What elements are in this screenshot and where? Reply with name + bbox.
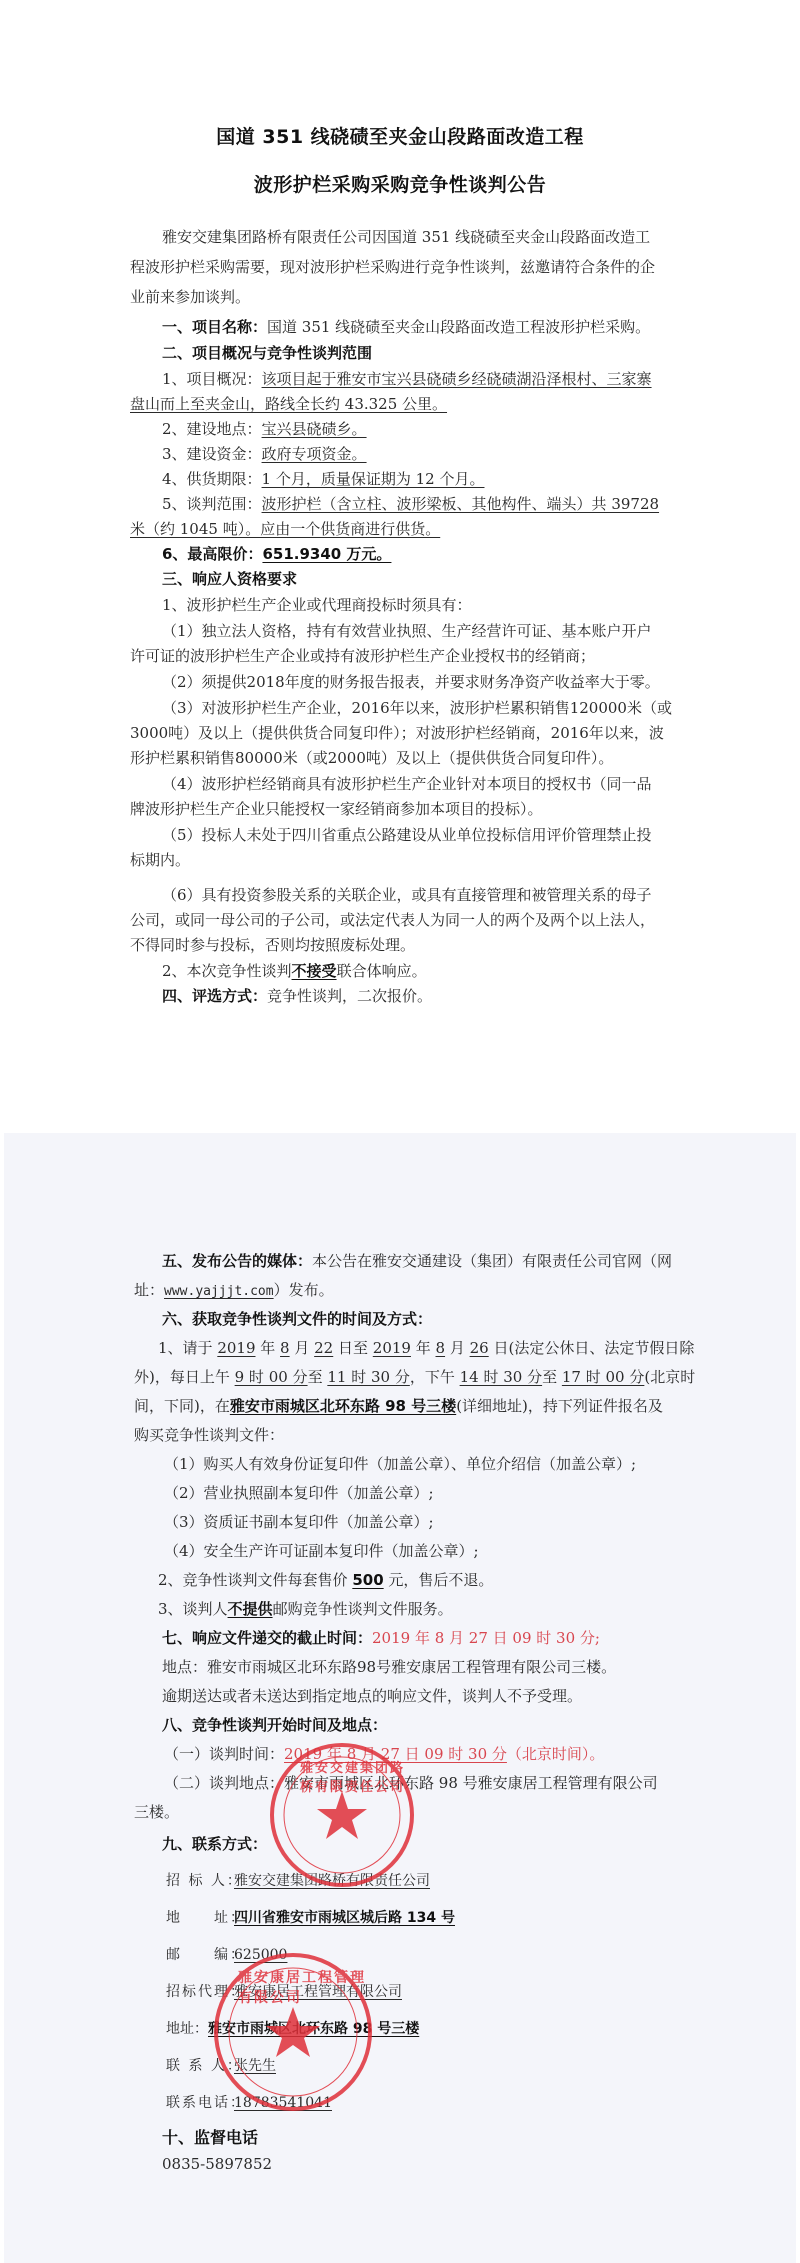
text: 至 (542, 1368, 562, 1386)
submission-location: 地点：雅安市雨城区北环东路98号雅安康居工程管理有限公司三楼。 (162, 1656, 616, 1677)
purchase-docs-intro: 购买竞争性谈判文件： (134, 1424, 284, 1445)
text: 1、请于 (158, 1339, 217, 1357)
text: 2、本次竞争性谈判 (162, 962, 292, 980)
section-1-label: 一、项目名称： (162, 318, 267, 336)
section-4: 四、评选方式：竞争性谈判，二次报价。 (130, 985, 432, 1006)
text: 日(法定公休日、法定节假日除 (489, 1339, 695, 1357)
section-1-text: 国道 351 线硗碛至夹金山段路面改造工程波形护栏采购。 (267, 318, 650, 336)
intro-line: 业前来参加谈判。 (130, 286, 250, 307)
text: 本公告在雅安交通建设（集团）有限责任公司官网（网 (312, 1252, 672, 1270)
text: 外)，每日上午 (134, 1368, 235, 1386)
item-value: 宝兴县硗碛乡。 (262, 420, 367, 438)
construction-site: 2、建设地点：宝兴县硗碛乡。 (130, 418, 367, 439)
section-7: 七、响应文件递交的截止时间：2019 年 8 月 27 日 09 时 30 分; (162, 1627, 600, 1648)
requirement-1: 1、波形护栏生产企业或代理商投标时须具有： (130, 594, 472, 615)
required-doc: （1）购买人有效身份证复印件（加盖公章）、单位介绍信（加盖公章）; (164, 1453, 636, 1474)
date-part: 8 (280, 1339, 290, 1357)
text: 3、谈判人 (158, 1600, 228, 1618)
intro-line: 雅安交建集团路桥有限责任公司因国道 351 线硗碛至夹金山段路面改造工 (130, 226, 650, 247)
condition-3-cont: 3000吨）及以上（提供供货合同复印件）；对波形护栏经销商，2016年以来，波 (130, 722, 664, 743)
document-page-1: 国道 351 线硗碛至夹金山段路面改造工程 波形护栏采购采购竞争性谈判公告 雅安… (0, 0, 800, 1133)
time-part: 14 时 30 分 (460, 1368, 542, 1386)
text: 邮购竞争性谈判文件服务。 (273, 1600, 453, 1618)
date-part: 2019 (217, 1339, 255, 1357)
condition-6-cont: 公司，或同一母公司的子公司，或法定代表人为同一人的两个及两个以上法人， (130, 909, 655, 930)
negotiation-scope: 5、谈判范围：波形护栏（含立柱、波形梁板、其他构件、端头）共 39728 (130, 493, 659, 514)
text: 至 (308, 1368, 328, 1386)
required-doc: （4）安全生产许可证副本复印件（加盖公章）; (164, 1540, 479, 1561)
section-10-heading: 十、监督电话 (162, 2125, 258, 2148)
item-value: 该项目起于雅安市宝兴县硗碛乡经硗碛湖沿泽根村、三家寨 (262, 370, 652, 388)
project-overview-cont: 盘山而上至夹金山，路线全长约 43.325 公里。 (130, 393, 447, 414)
item-label: 1、项目概况： (162, 370, 262, 388)
text: 联合体响应。 (337, 962, 427, 980)
contact-label: 招 标 人： (166, 1870, 234, 1890)
text: (详细地址)，持下列证件报名及 (456, 1397, 663, 1415)
text: (北京时 (644, 1368, 695, 1386)
contact-label: 地 址： (166, 1907, 234, 1927)
text: 日至 (333, 1339, 373, 1357)
section-5-cont: 址：www.yajjjt.com）发布。 (134, 1279, 334, 1300)
address-value: 雅安市雨城区北环东路 98 号三楼 (230, 1397, 456, 1415)
purchase-period: 1、请于 2019 年 8 月 22 日至 2019 年 8 月 26 日(法定… (158, 1337, 694, 1358)
date-part: 26 (470, 1339, 489, 1357)
document-title-line2: 波形护栏采购采购竞争性谈判公告 (0, 170, 800, 197)
delivery-period: 4、供货期限：1 个月，质量保证期为 12 个月。 (130, 468, 484, 489)
section-5: 五、发布公告的媒体：本公告在雅安交通建设（集团）有限责任公司官网（网 (162, 1250, 672, 1271)
purchase-address: 间，下同)，在雅安市雨城区北环东路 98 号三楼(详细地址)，持下列证件报名及 (134, 1395, 663, 1416)
section-3-heading: 三、响应人资格要求 (130, 568, 297, 589)
text: （北京时间）。 (507, 1745, 605, 1763)
condition-1-cont: 许可证的波形护栏生产企业或持有波形护栏生产企业授权书的经销商； (130, 645, 595, 666)
item-label: 3、建设资金： (162, 445, 262, 463)
condition-6: （6）具有投资参股关系的关联企业，或具有直接管理和被管理关系的母子 (130, 884, 652, 905)
condition-4: （4）波形护栏经销商具有波形护栏生产企业针对本项目的授权书（同一品 (130, 773, 652, 794)
condition-3-cont: 形护栏累积销售80000米（或2000吨）及以上（提供供货合同复印件）。 (130, 747, 613, 768)
section-4-text: 竞争性谈判，二次报价。 (267, 987, 432, 1005)
text: 元，售后不退。 (384, 1571, 494, 1589)
item-label: 6、最高限价： (162, 545, 262, 563)
condition-6-cont: 不得同时参与投标，否则均按照废标处理。 (130, 934, 415, 955)
item-value: 米（约 1045 吨）。应由一个供货商进行供货。 (130, 520, 440, 538)
text: 址： (134, 1281, 164, 1299)
section-6-heading: 六、获取竞争性谈判文件的时间及方式： (162, 1308, 432, 1329)
condition-3: （3）对波形护栏生产企业，2016年以来，波形护栏累积销售120000米（或 (130, 697, 672, 718)
condition-2: （2）须提供2018年度的财务报告报表，并要求财务净资产收益率大于零。 (130, 671, 660, 692)
deadline-value: 2019 年 8 月 27 日 09 时 30 分; (372, 1629, 600, 1647)
negotiation-scope-cont: 米（约 1045 吨）。应由一个供货商进行供货。 (130, 518, 440, 539)
text: 2、竞争性谈判文件每套售价 (158, 1571, 352, 1589)
seal-name: 雅安康居工程管理有限公司 (238, 1967, 368, 2007)
contact-tenderer-address: 地 址：四川省雅安市雨城区城后路 134 号 (166, 1907, 455, 1927)
text: 月 (290, 1339, 315, 1357)
condition-5: （5）投标人未处于四川省重点公路建设从业单位投标信用评价管理禁止投 (130, 824, 652, 845)
section-7-label: 七、响应文件递交的截止时间： (162, 1629, 372, 1647)
intro-line: 程波形护栏采购需要，现对波形护栏采购进行竞争性谈判，兹邀请符合条件的企 (130, 256, 655, 277)
supervision-phone: 0835-5897852 (162, 2155, 272, 2173)
item-label: 2、建设地点： (162, 420, 262, 438)
item-label: 5、谈判范围： (162, 495, 262, 513)
document-page-2: 五、发布公告的媒体：本公告在雅安交通建设（集团）有限责任公司官网（网 址：www… (4, 1133, 796, 2263)
project-overview: 1、项目概况：该项目起于雅安市宝兴县硗碛乡经硗碛湖沿泽根村、三家寨 (130, 368, 652, 389)
document-price: 2、竞争性谈判文件每套售价 500 元，售后不退。 (158, 1569, 493, 1590)
item-value: 波形护栏（含立柱、波形梁板、其他构件、端头）共 39728 (262, 495, 660, 513)
condition-5-cont: 标期内。 (130, 849, 190, 870)
text: 月 (445, 1339, 470, 1357)
seal-name: 雅安交建集团路桥有限责任公司 (300, 1757, 410, 1795)
condition-1: （1）独立法人资格，持有有效营业执照、生产经营许可证、基本账户开户 (130, 620, 652, 641)
emphasis-not-accepted: 不接受 (292, 962, 337, 980)
item-value: 1 个月，质量保证期为 12 个月。 (262, 470, 485, 488)
text: ，下午 (410, 1368, 460, 1386)
required-doc: （3）资质证书副本复印件（加盖公章）; (164, 1511, 434, 1532)
time-part: 11 时 30 分 (327, 1368, 409, 1386)
section-1: 一、项目名称：国道 351 线硗碛至夹金山段路面改造工程波形护栏采购。 (130, 316, 650, 337)
item-label: 4、供货期限： (162, 470, 262, 488)
max-price-value: 651.9340 万元。 (262, 545, 391, 563)
time-part: 17 时 00 分 (562, 1368, 644, 1386)
section-4-label: 四、评选方式： (162, 987, 267, 1005)
construction-funds: 3、建设资金：政府专项资金。 (130, 443, 367, 464)
date-part: 2019 (373, 1339, 411, 1357)
required-doc: （2）营业执照副本复印件（加盖公章）; (164, 1482, 434, 1503)
text: 年 (256, 1339, 281, 1357)
max-price: 6、最高限价：651.9340 万元。 (130, 543, 391, 564)
late-submission-note: 逾期送达或者未送达到指定地点的响应文件，谈判人不予受理。 (162, 1685, 582, 1706)
purchase-hours: 外)，每日上午 9 时 00 分至 11 时 30 分，下午 14 时 30 分… (134, 1366, 695, 1387)
text: （一）谈判时间： (164, 1745, 284, 1763)
text: 年 (411, 1339, 436, 1357)
date-part: 22 (314, 1339, 333, 1357)
agent-seal-icon: 雅安康居工程管理有限公司 (214, 1953, 372, 2111)
contact-value: 四川省雅安市雨城区城后路 134 号 (234, 1910, 455, 1926)
emphasis-not-provided: 不提供 (228, 1600, 273, 1618)
item-value: 政府专项资金。 (262, 445, 367, 463)
text: 间，下同)，在 (134, 1397, 230, 1415)
website-link[interactable]: www.yajjjt.com (164, 1284, 274, 1299)
section-5-label: 五、发布公告的媒体： (162, 1252, 312, 1270)
condition-4-cont: 牌波形护栏生产企业只能授权一家经销商参加本项目的投标）。 (130, 798, 543, 819)
contact-label: 地址： (166, 2021, 208, 2037)
date-part: 8 (436, 1339, 446, 1357)
price-value: 500 (352, 1571, 383, 1589)
section-9-heading: 九、联系方式： (162, 1833, 267, 1854)
company-seal-icon: 雅安交建集团路桥有限责任公司 (270, 1743, 414, 1887)
text: ）发布。 (274, 1281, 334, 1299)
document-title-line1: 国道 351 线硗碛至夹金山段路面改造工程 (0, 122, 800, 149)
section-8-heading: 八、竞争性谈判开始时间及地点： (162, 1714, 387, 1735)
negotiation-place: （二）谈判地点：雅安市雨城区北环东路 98 号雅安康居工程管理有限公司 (164, 1772, 658, 1793)
section-2-heading: 二、项目概况与竞争性谈判范围 (130, 342, 372, 363)
item-value: 盘山而上至夹金山，路线全长约 43.325 公里。 (130, 395, 447, 413)
requirement-2: 2、本次竞争性谈判不接受联合体响应。 (130, 960, 427, 981)
negotiation-place-cont: 三楼。 (134, 1801, 179, 1822)
time-part: 9 时 00 分 (235, 1368, 308, 1386)
no-mail-service: 3、谈判人不提供邮购竞争性谈判文件服务。 (158, 1598, 453, 1619)
